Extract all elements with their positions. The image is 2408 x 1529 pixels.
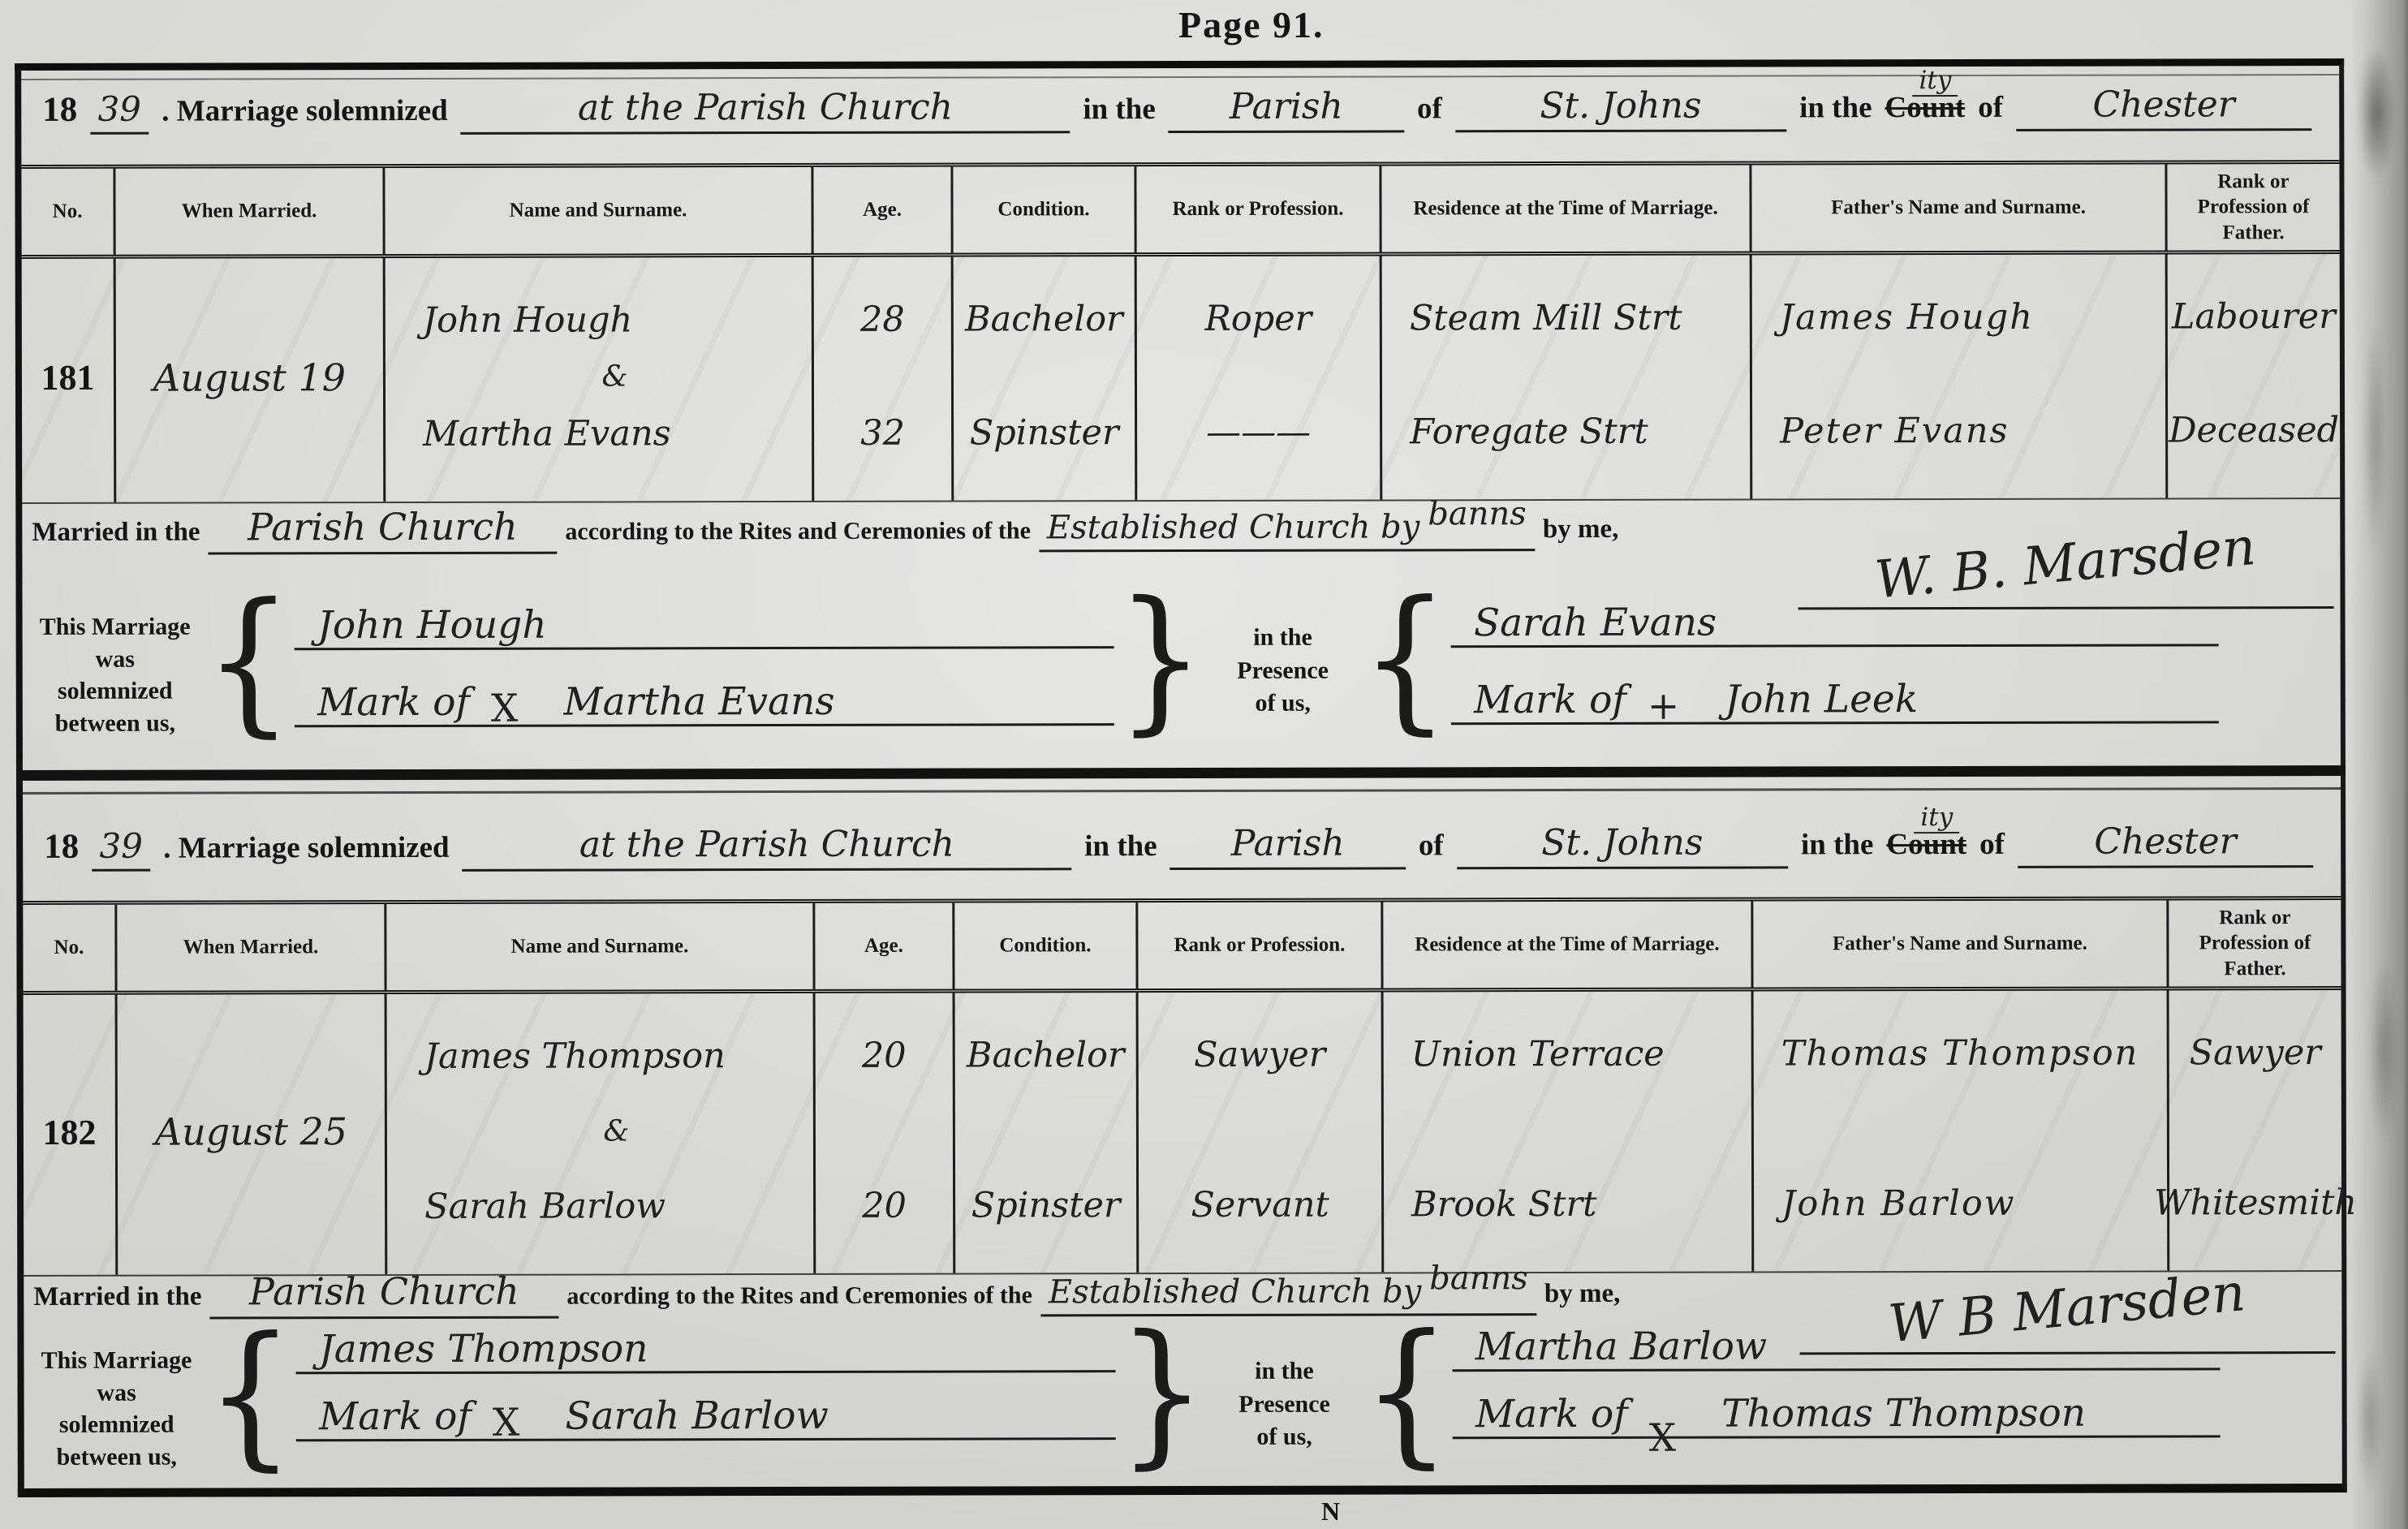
bride-signature-line: Mark of X Sarah Barlow: [296, 1372, 1116, 1441]
cell-when-married: August 19: [116, 258, 386, 502]
groom-father-profession: Sawyer: [2190, 1032, 2321, 1073]
handwritten-year: 39: [90, 89, 149, 135]
printed-year-prefix: 18: [42, 90, 77, 130]
entry-divider: [16, 765, 2346, 781]
label-line: solemnized: [58, 678, 173, 704]
cell-ages: 20 20: [816, 993, 956, 1273]
adjacent-page-edge: [2350, 0, 2408, 1529]
open-brace: {: [203, 588, 295, 734]
printed-solemnized: . Marriage solemnized: [163, 830, 450, 866]
printed-solemnized: . Marriage solemnized: [162, 93, 448, 129]
bride-signature-line: Mark of X Martha Evans: [295, 648, 1114, 727]
column-header-condition: Condition.: [953, 166, 1136, 252]
printed-in-the: in the: [1083, 92, 1156, 127]
open-brace: {: [204, 1322, 296, 1467]
cell-fathers: James Hough Peter Evans: [1752, 254, 2169, 498]
groom-condition: Bachelor: [965, 299, 1123, 339]
handwritten-city-correction: ity: [1912, 66, 1958, 97]
scan-smudge: [2358, 45, 2395, 183]
bride-father: Peter Evans: [1780, 411, 2010, 452]
printed-according: according to the Rites and Ceremonies of…: [566, 1281, 1032, 1310]
witness2-signature: John Leek: [1725, 677, 1918, 721]
handwritten-parish-word: Parish: [1169, 85, 1404, 133]
table-data-row: 182 August 25 James Thompson & Sarah Bar…: [24, 990, 2342, 1277]
banns-text: banns: [1428, 495, 1527, 532]
column-header-rank: Rank or Profession.: [1136, 166, 1381, 252]
bride-name: Martha Evans: [423, 413, 671, 454]
label-line: This Marriage: [41, 1347, 192, 1374]
column-header-name-surname: Name and Surname.: [385, 167, 813, 254]
label-line: was: [95, 645, 134, 672]
rites-text: Established Church by: [1047, 508, 1420, 546]
when-married: August 25: [155, 1109, 347, 1153]
column-header-age: Age.: [813, 167, 953, 253]
handwritten-county-name: Chester: [2018, 820, 2313, 868]
bride-name: Sarah Barlow: [424, 1186, 666, 1227]
bride-age: 20: [862, 1185, 907, 1225]
presence-label: in the Presence of us,: [1208, 1328, 1360, 1454]
mark-of-label: Mark of: [317, 680, 470, 725]
close-brace: }: [1114, 586, 1207, 731]
groom-father-profession: Labourer: [2172, 296, 2336, 337]
bride-residence: Brook Strt: [1411, 1184, 1596, 1225]
printed-in-the: in the: [1799, 90, 1872, 125]
bride-condition: Spinster: [971, 1185, 1121, 1225]
column-header-no: No.: [23, 905, 117, 991]
bride-profession: ———: [1206, 411, 1311, 452]
column-header-father: Father's Name and Surname.: [1751, 164, 2167, 251]
witness1-signature: Sarah Evans: [1474, 601, 1717, 646]
mark-of-label: Mark of: [319, 1394, 472, 1439]
ampersand: &: [603, 1114, 629, 1148]
label-line: in the: [1255, 1358, 1314, 1385]
table-data-row: 181 August 19 John Hough & Martha Evans …: [22, 254, 2341, 504]
cell-professions: Sawyer Servant: [1139, 992, 1385, 1273]
cell-residences: Union Terrace Brook Strt: [1384, 991, 1755, 1272]
column-header-no: No.: [21, 169, 115, 255]
bride-signature: Sarah Barlow: [565, 1393, 829, 1439]
bride-residence: Foregate Strt: [1410, 411, 1648, 453]
cell-ages: 28 32: [814, 256, 954, 500]
groom-signature: James Thompson: [319, 1326, 648, 1372]
signatures-row: This Marriage was solemnized between us,…: [28, 592, 2219, 739]
label-line: Presence: [1238, 1390, 1330, 1417]
scan-smudge: [2367, 958, 2400, 1144]
handwritten-married-in: Parish Church: [208, 505, 557, 555]
printed-year-prefix: 18: [44, 827, 79, 867]
groom-father: James Hough: [1780, 297, 2034, 338]
handwritten-place: at the Parish Church: [461, 86, 1070, 135]
column-header-father-rank: Rank or Profession of Father.: [2169, 900, 2341, 986]
county-correction: Count ity: [1885, 90, 1965, 125]
column-header-rank: Rank or Profession.: [1138, 902, 1383, 988]
groom-signature-line: James Thompson: [296, 1328, 1116, 1374]
groom-residence: Steam Mill Strt: [1410, 297, 1682, 338]
column-header-father: Father's Name and Surname.: [1753, 900, 2169, 987]
close-brace: }: [1116, 1320, 1208, 1465]
scan-smudge: [2363, 317, 2387, 560]
witness2-signature: Thomas Thompson: [1721, 1391, 2086, 1436]
handwritten-parish-name: St. Johns: [1457, 821, 1788, 869]
groom-profession: Sawyer: [1194, 1034, 1325, 1075]
cell-professions: Roper ———: [1137, 256, 1383, 500]
entry-number: 181: [41, 357, 94, 398]
witness1-signature-line: Sarah Evans: [1451, 592, 2219, 648]
witness2-mark: X: [1649, 1416, 1677, 1461]
this-marriage-label: This Marriage was solemnized between us,: [28, 1330, 204, 1474]
label-line: Presence: [1237, 657, 1329, 683]
witness1-signature-line: Martha Barlow: [1453, 1325, 2221, 1372]
cell-fathers: Thomas Thompson John Barlow: [1754, 990, 2170, 1271]
cell-entry-number: 181: [22, 258, 117, 502]
register-table-182: No. When Married. Name and Surname. Age.…: [23, 896, 2341, 1277]
label-line: between us,: [57, 1443, 177, 1470]
printed-of: of: [1419, 828, 1444, 863]
table-header-row: No. When Married. Name and Surname. Age.…: [23, 900, 2341, 995]
printed-of: of: [1417, 91, 1442, 126]
handwritten-rites: Established Church bybanns: [1039, 507, 1535, 552]
groom-name: James Thompson: [424, 1036, 726, 1077]
bride-profession: Servant: [1191, 1184, 1329, 1225]
witness-signatures: Martha Barlow Mark of X Thomas Thompson: [1453, 1325, 2221, 1439]
printed-according: according to the Rites and Ceremonies of…: [565, 517, 1031, 545]
handwritten-parish-name: St. Johns: [1455, 84, 1786, 132]
groom-age: 20: [862, 1035, 907, 1075]
bride-age: 32: [860, 412, 905, 453]
cell-when-married: August 25: [118, 994, 388, 1275]
couple-signatures: John Hough Mark of X Martha Evans: [295, 594, 1114, 727]
witness-signatures: Sarah Evans Mark of + John Leek: [1451, 592, 2219, 725]
handwritten-place: at the Parish Church: [463, 823, 1072, 872]
banns-text: banns: [1429, 1260, 1528, 1297]
mark-of-label: Mark of: [1475, 1392, 1628, 1436]
signature-letter-n: N: [1321, 1497, 1340, 1527]
label-line: of us,: [1255, 690, 1310, 717]
entry-181-heading: 18 39 . Marriage solemnized at the Paris…: [42, 84, 2311, 136]
bride-father: John Barlow: [1781, 1183, 2016, 1225]
handwritten-rites: Established Church bybanns: [1040, 1272, 1536, 1316]
entry-divider-thin: [16, 787, 2346, 795]
column-header-name-surname: Name and Surname.: [386, 903, 815, 990]
label-line: in the: [1253, 624, 1312, 651]
groom-residence: Union Terrace: [1411, 1034, 1665, 1075]
married-in-line: Married in the Parish Church according t…: [32, 502, 1618, 555]
cell-names: John Hough & Martha Evans: [386, 257, 815, 502]
bride-condition: Spinster: [970, 412, 1119, 453]
column-header-residence: Residence at the Time of Marriage.: [1383, 902, 1753, 988]
cell-conditions: Bachelor Spinster: [954, 256, 1138, 500]
column-header-condition: Condition.: [954, 902, 1138, 988]
when-married: August 19: [153, 355, 346, 399]
bride-father-profession: Deceased: [2169, 410, 2339, 450]
register-table-181: No. When Married. Name and Surname. Age.…: [21, 160, 2340, 504]
groom-profession: Roper: [1204, 298, 1312, 338]
printed-by-me: by me,: [1543, 515, 1619, 545]
cell-father-professions: Labourer Deceased: [2168, 254, 2341, 497]
groom-signature-line: John Hough: [295, 594, 1114, 650]
cell-conditions: Bachelor Spinster: [955, 993, 1139, 1273]
register-entry-181: 18 39 . Marriage solemnized at the Paris…: [21, 66, 2339, 71]
column-header-father-rank: Rank or Profession of Father.: [2167, 164, 2339, 250]
cell-names: James Thompson & Sarah Barlow: [387, 993, 816, 1274]
this-marriage-label: This Marriage was solemnized between us,: [28, 597, 203, 740]
cell-residences: Steam Mill Strt Foregate Strt: [1382, 255, 1753, 499]
label-line: between us,: [55, 709, 175, 736]
printed-of: of: [1978, 90, 2003, 125]
entry-182-heading: 18 39 . Marriage solemnized at the Paris…: [44, 820, 2313, 872]
witness2-signature-line: Mark of X Thomas Thompson: [1453, 1370, 2221, 1439]
scanned-marriage-register: { "page": { "label": "Page 91.", "bottom…: [0, 0, 2408, 1529]
register-box: 18 39 . Marriage solemnized at the Paris…: [15, 58, 2347, 1497]
handwritten-year: 39: [92, 826, 150, 872]
column-header-age: Age.: [815, 903, 954, 989]
groom-age: 28: [860, 299, 905, 339]
label-line: solemnized: [59, 1411, 174, 1438]
groom-name: John Hough: [423, 299, 633, 341]
handwritten-city-correction: ity: [1914, 803, 1959, 833]
cell-entry-number: 182: [24, 994, 118, 1274]
groom-condition: Bachelor: [967, 1035, 1125, 1075]
groom-signature: John Hough: [317, 603, 547, 648]
presence-label: in the Presence of us,: [1206, 594, 1359, 721]
ampersand: &: [601, 360, 627, 394]
signatures-row: This Marriage was solemnized between us,…: [28, 1325, 2220, 1473]
printed-married-in-the: Married in the: [33, 1282, 201, 1312]
bride-mark: X: [491, 687, 519, 731]
bride-signature: Martha Evans: [563, 679, 834, 725]
column-header-when-married: When Married.: [115, 168, 385, 254]
witness2-signature-line: Mark of + John Leek: [1451, 646, 2219, 725]
table-header-row: No. When Married. Name and Surname. Age.…: [21, 164, 2339, 259]
open-brace: {: [1359, 586, 1451, 731]
printed-in-the: in the: [1084, 829, 1157, 864]
groom-father: Thomas Thompson: [1781, 1032, 2139, 1074]
column-header-residence: Residence at the Time of Marriage.: [1381, 166, 1751, 252]
column-header-when-married: When Married.: [117, 904, 386, 990]
cell-father-professions: Sawyer Whitesmith: [2169, 990, 2342, 1270]
handwritten-county-name: Chester: [2016, 84, 2311, 131]
mark-of-label: Mark of: [1474, 678, 1626, 722]
printed-of: of: [1979, 827, 2005, 862]
county-correction: Count ity: [1886, 827, 1966, 862]
witness1-signature: Martha Barlow: [1475, 1324, 1767, 1369]
printed-in-the: in the: [1801, 827, 1874, 862]
label-line: of us,: [1256, 1423, 1312, 1450]
witness2-mark: +: [1648, 684, 1680, 729]
label-line: was: [97, 1379, 136, 1406]
open-brace: {: [1360, 1320, 1453, 1465]
bride-mark: X: [493, 1401, 520, 1445]
border-double-line: [21, 74, 2339, 80]
scan-smudge: [2356, 1347, 2384, 1493]
handwritten-parish-word: Parish: [1170, 822, 1406, 870]
bride-father-profession: Whitesmith: [2154, 1182, 2357, 1224]
entry-number: 182: [42, 1112, 96, 1153]
couple-signatures: James Thompson Mark of X Sarah Barlow: [296, 1328, 1116, 1441]
printed-by-me: by me,: [1544, 1279, 1621, 1309]
label-line: This Marriage: [40, 614, 191, 640]
printed-married-in-the: Married in the: [32, 518, 200, 548]
page-number: Page 91.: [1178, 3, 1325, 46]
